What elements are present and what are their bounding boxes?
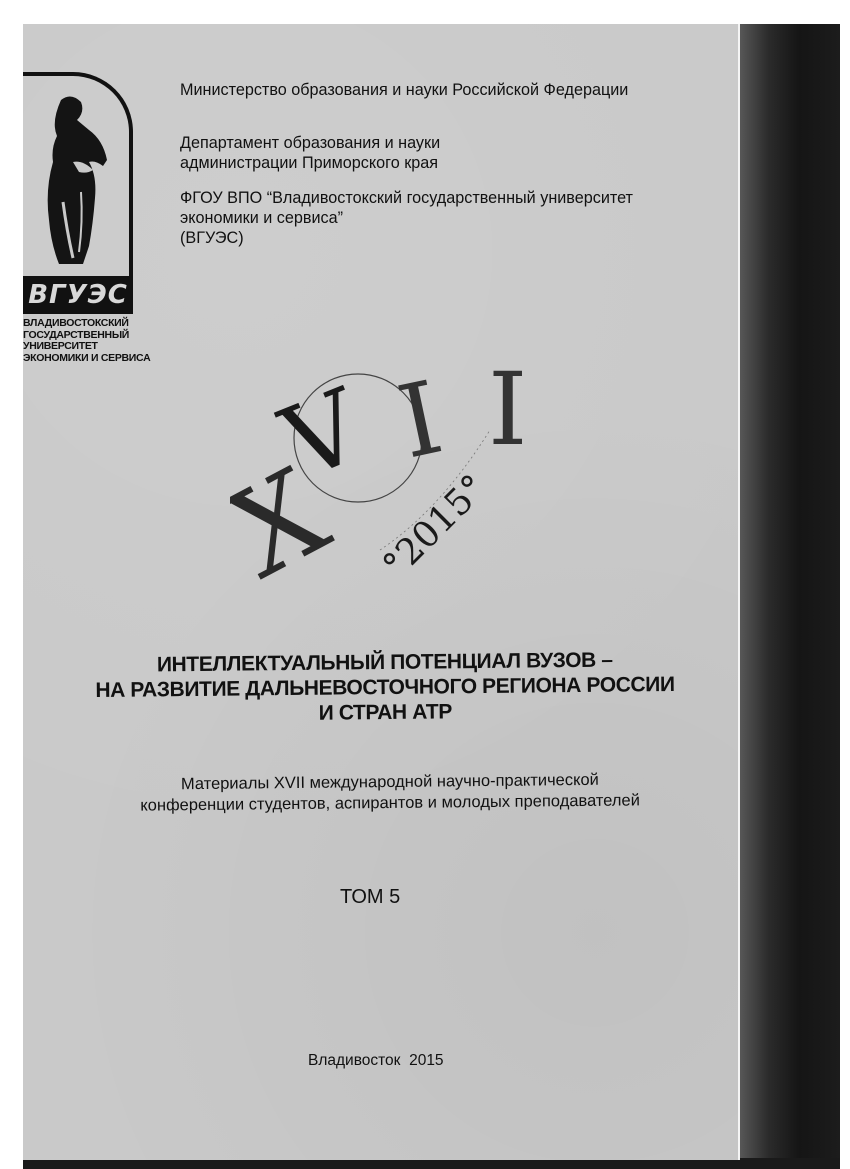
numeral-i-1: I [389,359,452,482]
department-block: Департамент образования и науки админист… [180,133,440,173]
university-block: ФГОУ ВПО “Владивостокский государственны… [180,188,633,248]
university-line: экономики и сервиса” [180,208,633,228]
logo-caption-line: УНИВЕРСИТЕТ [23,340,98,352]
logo-caption-line: ЭКОНОМИКИ И СЕРВИСА [23,352,150,364]
department-line: администрации Приморского края [180,153,440,173]
volume-label: ТОМ 5 [340,886,400,909]
university-line: (ВГУЭС) [180,228,633,248]
logo-caption-line: ГОСУДАРСТВЕННЫЙ [23,329,129,341]
imprint-city-year: Владивосток 2015 [308,1052,444,1070]
conference-emblem: X V I I °2015° [230,340,550,610]
department-line: Департамент образования и науки [180,133,440,153]
university-line: ФГОУ ВПО “Владивостокский государственны… [180,188,633,208]
year-label: °2015° [375,467,494,586]
university-logo: ВГУЭС [23,72,133,312]
book-spine-shadow [738,24,840,1169]
conference-title: ИНТЕЛЛЕКТУАЛЬНЫЙ ПОТЕНЦИАЛ ВУЗОВ – НА РА… [20,646,751,729]
statue-figure-icon [33,92,123,277]
ministry-line: Министерство образования и науки Российс… [180,80,628,100]
numeral-i-2: I [488,351,528,468]
logo-badge: ВГУЭС [23,276,133,314]
conference-subtitle: Материалы XVII международной научно-прак… [80,769,700,817]
logo-caption-line: ВЛАДИВОСТОКСКИЙ [23,317,129,329]
logo-caption: ВЛАДИВОСТОКСКИЙ ГОСУДАРСТВЕННЫЙ УНИВЕРСИ… [23,318,150,364]
